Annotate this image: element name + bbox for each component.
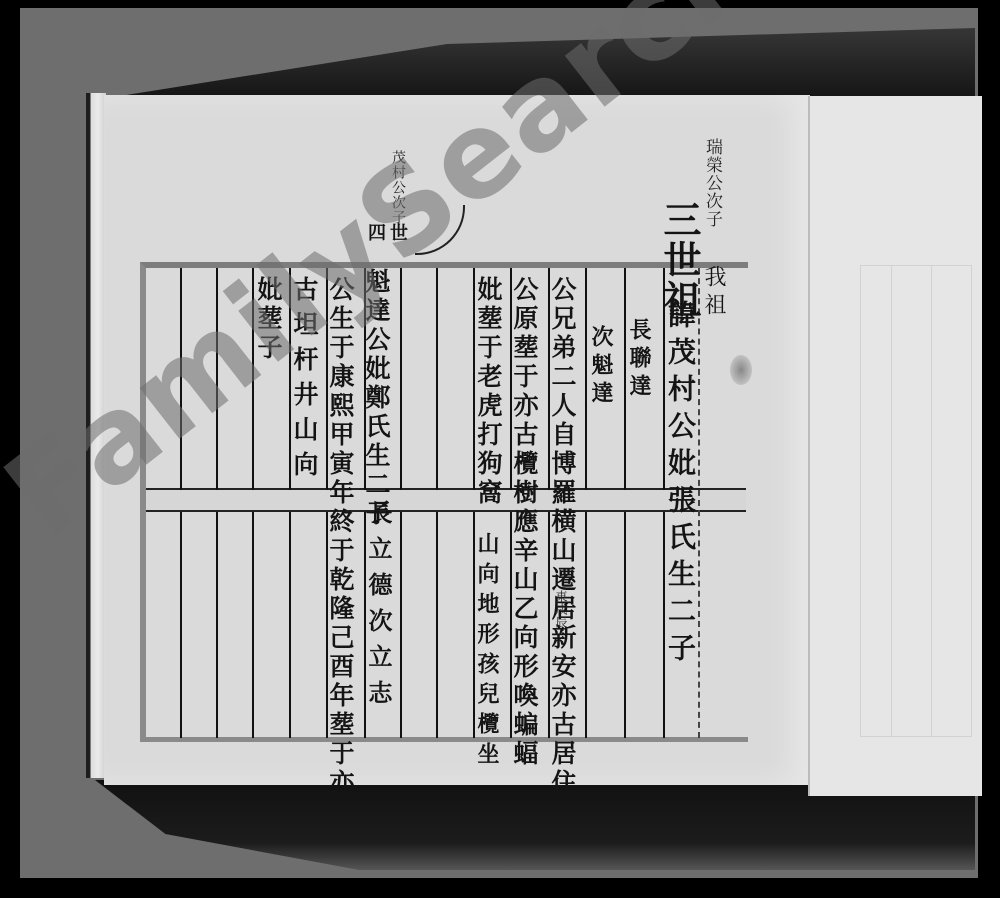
grid-line: [436, 512, 438, 738]
column-eldest-son: 長聯達: [628, 318, 650, 402]
column-second-son: 次魁達: [590, 325, 612, 409]
grid-line: [400, 512, 402, 738]
column-kuida-sons: 長立德次立志: [366, 500, 390, 716]
grid-line: [216, 268, 218, 490]
grid-line: [436, 268, 438, 490]
grid-line: [400, 268, 402, 490]
inline-year-note: 東戌辰: [553, 590, 570, 629]
grid-line: [585, 512, 587, 738]
column-father-burial: 公原塟于亦古欖樹應辛山乙向形喚蝙蝠: [512, 276, 537, 769]
column-maocun: 諱茂村公妣張氏生二子: [666, 300, 694, 670]
grid-line: [585, 268, 587, 490]
grid-line: [624, 512, 626, 738]
dotted-guide-line: [698, 268, 700, 738]
grid-line: [252, 512, 254, 738]
book-page-edges: [86, 93, 106, 778]
grid-line: [216, 512, 218, 738]
column-migration: 公兄弟二人自博羅横山遷居新安亦古居住: [550, 276, 575, 798]
grid-line: [180, 268, 182, 490]
column-kuida: 魁達公妣鄭氏生二子: [364, 268, 389, 529]
generation-four-label: 四世: [368, 225, 412, 243]
ink-blot: [730, 355, 752, 385]
column-birth-death: 公生于康熙甲寅年終于乾隆己酉年塟于亦: [328, 276, 353, 798]
column-grave-location: 古坦杆井山向: [292, 276, 317, 486]
annotation-ruirong-second-son: 瑞榮公次子: [700, 138, 725, 228]
grid-line: [180, 512, 182, 738]
column-mother-burial-lower: 山向地形孩兒欖坐: [476, 532, 498, 772]
column-mother-burial-upper: 妣塟于老虎打狗窩: [476, 276, 501, 508]
bleed-through-grid: [860, 265, 972, 737]
column-wife-burial: 妣塟子: [256, 276, 281, 363]
grid-line: [289, 512, 291, 738]
horizontal-divider-band: [146, 488, 746, 512]
annotation-maocun-second-son: 茂村公次子: [388, 150, 408, 225]
lineage-label: 我祖: [702, 265, 724, 321]
